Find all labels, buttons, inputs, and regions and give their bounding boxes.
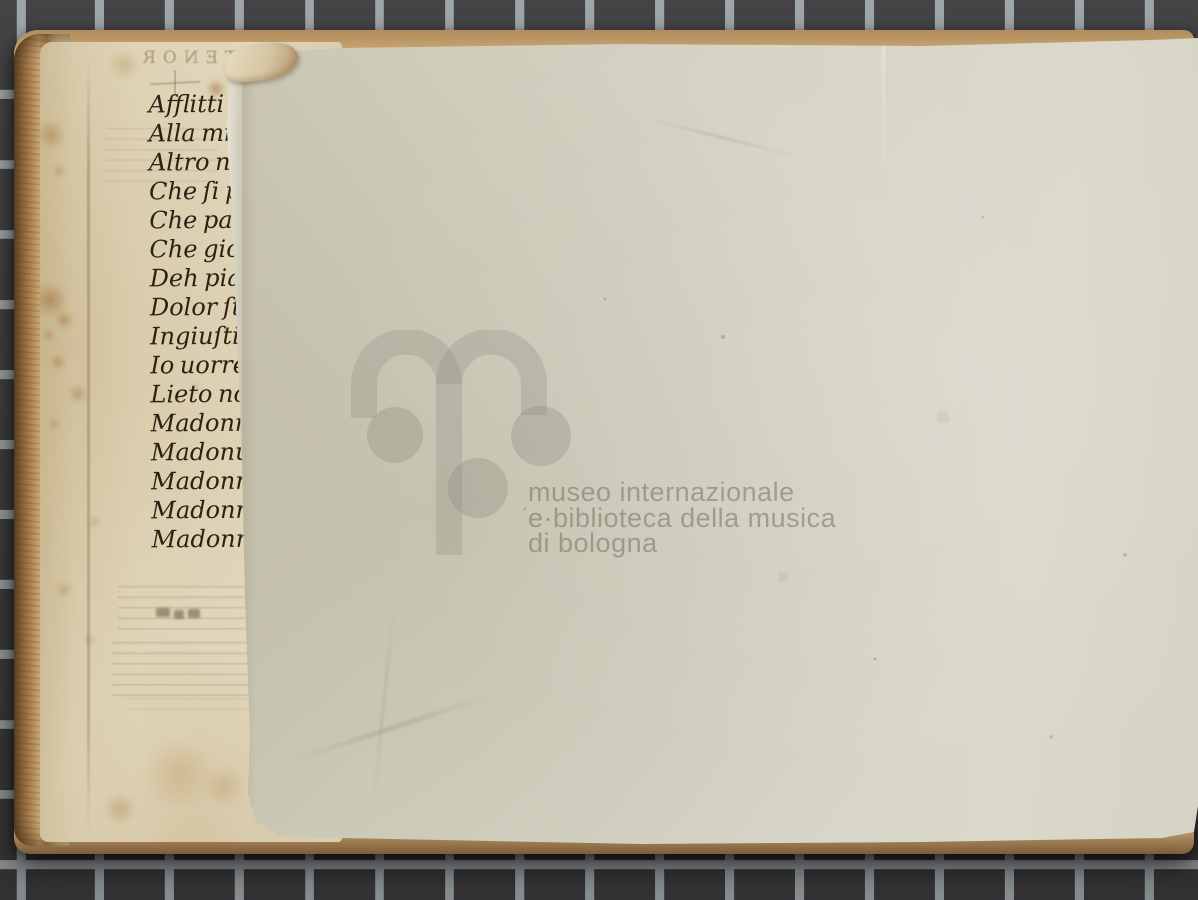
- stain: [56, 582, 72, 598]
- watermark-text: museo internazionale e·biblioteca della …: [528, 480, 836, 557]
- stain: [50, 354, 66, 370]
- watermark-line: di bologna: [528, 531, 836, 557]
- stain: [48, 418, 60, 430]
- ink-smudge: [188, 609, 200, 618]
- stain: [200, 766, 248, 806]
- page-crease: [87, 58, 90, 834]
- stain: [52, 164, 66, 178]
- stain: [102, 794, 138, 824]
- paper-crease: [287, 692, 497, 764]
- stain: [84, 634, 96, 646]
- stain: [104, 52, 144, 78]
- stain: [68, 384, 88, 404]
- stain: [40, 120, 66, 150]
- ink-smudge: [156, 608, 170, 617]
- stain: [42, 328, 56, 342]
- blank-top-leaf: museo internazionale e·biblioteca della …: [222, 36, 1198, 848]
- stain: [54, 310, 74, 330]
- stain: [88, 516, 100, 528]
- paper-crease: [882, 44, 885, 194]
- show-through-part-title: TENOR: [136, 48, 236, 68]
- paper-crease: [371, 596, 397, 815]
- paper-crease: [644, 117, 800, 159]
- watermark-line: museo internazionale: [528, 480, 836, 506]
- photo-of-antique-music-book: TENOR Afflitti ſp Alla mia g Altro: [0, 0, 1198, 900]
- ink-smudge: [174, 610, 184, 619]
